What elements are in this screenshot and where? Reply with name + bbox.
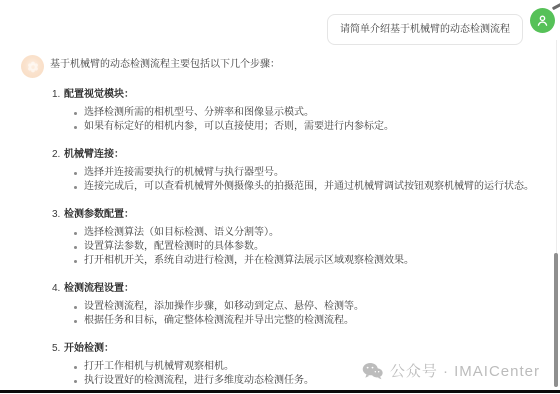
step-bullet: 根据任务和目标，确定整体检测流程并导出完整的检测流程。	[50, 314, 552, 328]
watermark-text: 公众号 · IMAICenter	[390, 360, 540, 381]
bullet-text: 连接完成后，可以查看机械臂外侧摄像头的拍摄范围，并通过机械臂调试按钮观察机械臂的…	[84, 180, 534, 194]
step-item-3: 3.检测参数配置：选择检测算法（如目标检测、语义分割等）。设置算法参数，配置检测…	[50, 208, 552, 268]
bullet-dot-icon	[74, 366, 77, 369]
step-number: 1.	[50, 88, 64, 102]
bullet-text: 设置检测流程，添加操作步骤，如移动到定点、悬停、检测等。	[84, 300, 364, 314]
bullet-dot-icon	[74, 232, 77, 235]
bullet-dot-icon	[74, 112, 77, 115]
bullet-dot-icon	[74, 126, 77, 129]
person-icon	[535, 13, 550, 28]
bullet-text: 选择检测所需的相机型号、分辨率和图像显示模式。	[84, 106, 314, 120]
bullet-dot-icon	[74, 246, 77, 249]
step-number: 4.	[50, 282, 64, 296]
bullet-text: 如果有标定好的相机内参，可以直接使用；否则，需要进行内参标定。	[84, 120, 394, 134]
step-title: 检测参数配置：	[64, 208, 134, 222]
bullet-dot-icon	[74, 380, 77, 383]
chat-screen: 请简单介绍基于机械臂的动态检测流程 基于机械臂的动态检测流程主要包括以下几个步骤…	[0, 0, 560, 394]
scrollbar-thumb[interactable]	[554, 253, 558, 387]
user-avatar[interactable]	[530, 8, 555, 33]
assistant-intro: 基于机械臂的动态检测流程主要包括以下几个步骤：	[50, 58, 552, 72]
step-bullet: 设置检测流程，添加操作步骤，如移动到定点、悬停、检测等。	[50, 300, 552, 314]
step-title: 机械臂连接：	[64, 148, 124, 162]
step-title: 配置视觉模块：	[64, 88, 134, 102]
step-number: 2.	[50, 148, 64, 162]
bullet-dot-icon	[74, 186, 77, 189]
bottom-progress-bar	[0, 390, 560, 393]
step-number: 5.	[50, 342, 64, 356]
steps-list: 1.配置视觉模块：选择检测所需的相机型号、分辨率和图像显示模式。如果有标定好的相…	[50, 88, 552, 388]
bullet-text: 打开工作相机与机械臂观察相机。	[84, 360, 234, 374]
step-item-2: 2.机械臂连接：选择并连接需要执行的机械臂与执行器型号。连接完成后，可以查看机械…	[50, 148, 552, 194]
bullet-text: 选择并连接需要执行的机械臂与执行器型号。	[84, 166, 284, 180]
user-message-text: 请简单介绍基于机械臂的动态检测流程	[340, 24, 510, 35]
user-message-bubble: 请简单介绍基于机械臂的动态检测流程	[327, 14, 523, 45]
cursor-artifact	[552, 3, 560, 10]
bullet-text: 执行设置好的检测流程，进行多维度动态检测任务。	[84, 374, 314, 388]
bullet-text: 设置算法参数，配置检测时的具体参数。	[84, 240, 264, 254]
step-bullet: 连接完成后，可以查看机械臂外侧摄像头的拍摄范围，并通过机械臂调试按钮观察机械臂的…	[50, 180, 552, 194]
step-bullet: 选择并连接需要执行的机械臂与执行器型号。	[50, 166, 552, 180]
bullet-text: 选择检测算法（如目标检测、语义分割等）。	[84, 226, 279, 240]
step-title: 开始检测：	[64, 342, 114, 356]
bullet-dot-icon	[74, 320, 77, 323]
assistant-avatar	[21, 55, 44, 78]
step-bullet: 选择检测算法（如目标检测、语义分割等）。	[50, 226, 552, 240]
flower-logo-icon	[26, 60, 40, 74]
step-title: 检测流程设置：	[64, 282, 134, 296]
bullet-dot-icon	[74, 260, 77, 263]
bullet-dot-icon	[74, 172, 77, 175]
bullet-text: 根据任务和目标，确定整体检测流程并导出完整的检测流程。	[84, 314, 354, 328]
step-bullet: 如果有标定好的相机内参，可以直接使用；否则，需要进行内参标定。	[50, 120, 552, 134]
step-number: 3.	[50, 208, 64, 222]
watermark: 公众号 · IMAICenter	[362, 360, 540, 381]
step-item-4: 4.检测流程设置：设置检测流程，添加操作步骤，如移动到定点、悬停、检测等。根据任…	[50, 282, 552, 328]
wechat-icon	[362, 362, 383, 380]
bullet-dot-icon	[74, 306, 77, 309]
step-bullet: 选择检测所需的相机型号、分辨率和图像显示模式。	[50, 106, 552, 120]
bullet-text: 打开相机开关，系统自动进行检测，并在检测算法展示区域观察检测效果。	[84, 254, 414, 268]
step-item-1: 1.配置视觉模块：选择检测所需的相机型号、分辨率和图像显示模式。如果有标定好的相…	[50, 88, 552, 134]
assistant-message: 基于机械臂的动态检测流程主要包括以下几个步骤： 1.配置视觉模块：选择检测所需的…	[50, 58, 552, 394]
step-bullet: 打开相机开关，系统自动进行检测，并在检测算法展示区域观察检测效果。	[50, 254, 552, 268]
step-bullet: 设置算法参数，配置检测时的具体参数。	[50, 240, 552, 254]
